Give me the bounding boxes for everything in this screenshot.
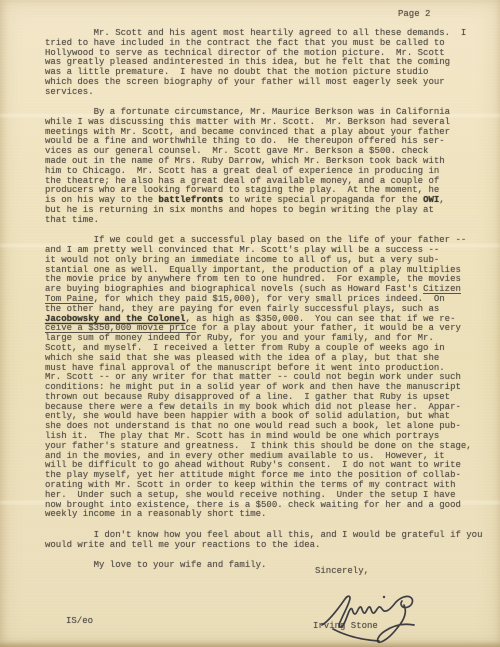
typed-text: large sum of money indeed for Ruby, for … [45, 333, 434, 343]
typed-text: vices as our general counsel. Mr. Scott … [45, 146, 428, 156]
underlined-text: Citizen [423, 284, 461, 294]
typed-line: services. [45, 88, 490, 98]
handwritten-signature [320, 593, 432, 647]
typed-text: the movie price by anywhere from ten to … [45, 274, 461, 284]
typed-text: My love to your wife and family. [45, 560, 266, 570]
typed-text: is on his way to the [45, 195, 158, 205]
typed-text: while I was discussing this matter with … [45, 117, 450, 127]
typed-text: will be difficult to go ahead without Ru… [45, 460, 461, 470]
typed-text: and I am pretty well convinced that Mr. … [45, 245, 439, 255]
signature-stroke [333, 629, 379, 641]
paragraph: Mr. Scott and his agent most heartily ag… [45, 29, 490, 98]
typed-text: weekly income in a reasonably short time… [45, 509, 266, 519]
typed-text: would be a fine and worthwhile thing to … [45, 136, 445, 146]
typed-text: him to Chicago. Mr. Scott has a great de… [45, 166, 439, 176]
emphasized-text: OWI [423, 195, 439, 205]
typed-text: If we could get a successful play based … [45, 235, 466, 245]
typed-line: that time. [45, 216, 490, 226]
typed-text: producers who are looking forward to sta… [45, 185, 439, 195]
signature-i-dot [383, 596, 385, 598]
typed-text: that time. [45, 215, 99, 225]
typed-text: lish it. The play that Mr. Scott has in … [45, 431, 439, 441]
paragraph: My love to your wife and family. [45, 561, 490, 571]
typed-line: but he is returning in six months and ho… [45, 206, 490, 216]
typed-text: Scott, and myself. I received a letter f… [45, 343, 445, 353]
typed-line: weekly income in a reasonably short time… [45, 510, 490, 520]
typed-line: My love to your wife and family. [45, 561, 490, 571]
typed-text: would write and tell me your reactions t… [45, 540, 320, 550]
letter-body: Mr. Scott and his agent most heartily ag… [45, 29, 490, 571]
typed-text: which she said that she was pleased with… [45, 353, 439, 363]
letter-page: Page 2 Mr. Scott and his agent most hear… [0, 0, 500, 647]
typed-text: for a play about your father, it would b… [196, 323, 461, 333]
typed-text: ently, she would have been happier with … [45, 411, 450, 421]
typed-text: which does the screen biography of your … [45, 77, 445, 87]
typist-initials: IS/eo [66, 616, 93, 626]
typed-text: to write special propaganda for the [223, 195, 423, 205]
typed-text: tried to have included in the contract t… [45, 38, 445, 48]
underlined-text: Tom Paine [45, 294, 94, 304]
typed-text: was greatly pleased andinterested in thi… [45, 57, 450, 67]
typed-text: I don't know how you feel about all this… [45, 530, 482, 540]
typed-text: the play myself, yet her attitude might … [45, 470, 461, 480]
typed-text: , [439, 195, 444, 205]
typed-text: it would not only bring an immediate inc… [45, 255, 439, 265]
paragraph: I don't know how you feel about all this… [45, 531, 490, 551]
paragraph: If we could get a successful play based … [45, 236, 490, 520]
typed-text: but he is returning in six months and ho… [45, 205, 434, 215]
closing-sincerely: Sincerely, [315, 566, 369, 576]
typed-text: By a fortunate circumstance, Mr. Maurice… [45, 107, 450, 117]
typed-text: orating with Mr. Scott in order to keep … [45, 480, 455, 490]
typed-line: which does the screen biography of your … [45, 78, 490, 88]
typed-text: she does not understand is that no one w… [45, 421, 461, 431]
paper-bottom-edge [0, 641, 500, 647]
typed-text: thrown out because Ruby disapproved of a… [45, 392, 450, 402]
typed-text: conditions: he might put in a solid year… [45, 382, 461, 392]
typed-text: made out in the name of Mrs. Ruby Darrow… [45, 156, 445, 166]
emphasized-text: battlefronts [158, 195, 223, 205]
paragraph: By a fortunate circumstance, Mr. Maurice… [45, 108, 490, 226]
typed-text: was a little premature. I have no doubt … [45, 67, 428, 77]
typed-text: Mr. Scott and his agent most heartily ag… [45, 28, 466, 38]
underlined-text: ceive a $350,000 movie price [45, 323, 196, 333]
typed-text: services. [45, 87, 94, 97]
typed-text: Mr. Scott -- or any writer for that matt… [45, 372, 461, 382]
typed-text: your father's stature and greatness. I t… [45, 441, 472, 451]
typed-line: would write and tell me your reactions t… [45, 541, 490, 551]
typed-text: the other hand, they are paying for even… [45, 304, 439, 314]
page-number-label: Page 2 [398, 9, 430, 19]
typed-text: are buying biographies and biographical … [45, 284, 423, 294]
typed-text: , for which they paid $15,000), for very… [94, 294, 445, 304]
signature-stroke [322, 596, 414, 642]
typed-text: her. Under such a setup, she would recei… [45, 490, 455, 500]
typed-text: must have final approval of the manuscri… [45, 363, 445, 373]
